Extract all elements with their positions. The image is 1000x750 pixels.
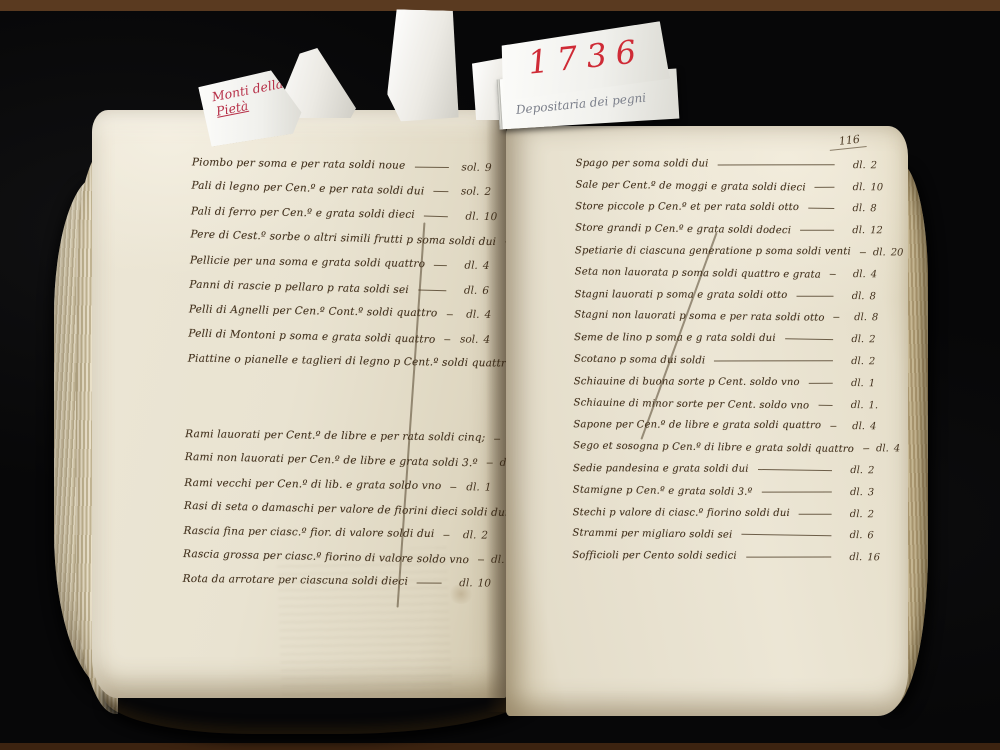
page-stain <box>448 584 474 604</box>
ink-rule <box>418 289 446 291</box>
currency-unit: dl. <box>454 259 478 272</box>
entry-text: Spetiarie di ciascuna generatione p soma… <box>575 245 851 257</box>
ledger-line: Sofficioli per Cento soldi sedici dl. 16 <box>572 539 884 564</box>
ledger-block-p-items: Piombo per soma e per rata soldi noue so… <box>188 143 503 371</box>
photo-stage: Piombo per soma e per rata soldi noue so… <box>0 0 1000 750</box>
amount-value: 1. <box>864 400 886 411</box>
amount-value: 8 <box>867 313 886 324</box>
currency-unit: dl. <box>840 334 864 345</box>
amount-value: 8 <box>864 291 886 302</box>
amount-value: 2 <box>866 160 888 171</box>
currency-unit: dl. <box>843 421 865 432</box>
ledger-line: Schiauine di minor sorte per Cent. soldo… <box>574 386 886 411</box>
right-page: 116 Spago per soma soldi dui dl. 2 Sale … <box>506 126 908 716</box>
ledger-line: Store grandi p Cen.º e grata soldi dodec… <box>575 212 887 237</box>
ink-rule <box>834 317 840 318</box>
ink-rule <box>746 557 831 558</box>
ink-rule <box>478 560 484 561</box>
currency-unit: dl. <box>839 487 863 498</box>
ink-rule <box>863 448 869 449</box>
currency-unit: dl. <box>453 284 477 296</box>
currency-unit: dl. <box>840 356 864 367</box>
ink-rule <box>444 339 450 340</box>
entry-text: Rami vecchi per Cen.º di lib. e grata so… <box>184 477 441 492</box>
currency-unit: dl. <box>839 465 863 476</box>
ledger-line: Stagni non lauorati p soma e per rata so… <box>574 299 886 324</box>
amount-value: 1 <box>864 378 886 389</box>
ink-rule <box>785 338 833 340</box>
ledger-line: Sedie pandesina e grata soldi dui dl. 2 <box>573 452 885 477</box>
currency-unit: dl. <box>847 312 867 323</box>
amount-value: 2 <box>864 356 886 367</box>
ledger-line: Piattine o pianelle e taglieri di legno … <box>188 339 498 370</box>
ledger-line: Sapone per Cen.º de libre e grata soldi … <box>573 408 885 433</box>
currency-unit: dl. <box>838 530 862 541</box>
ink-rule <box>818 404 832 405</box>
currency-unit: dl. <box>842 160 866 171</box>
ledger-line: Seme de lino p soma e g rata soldi dui d… <box>574 321 886 346</box>
amount-value: 6 <box>862 531 884 542</box>
entry-text: Spago per soma soldi dui <box>576 158 709 169</box>
amount-value: 2 <box>863 509 885 520</box>
currency-unit: sol. <box>457 333 478 345</box>
amount-value: 16 <box>862 552 884 563</box>
currency-unit: sol. <box>455 185 479 197</box>
ink-rule <box>414 166 448 167</box>
ink-rule <box>830 274 836 275</box>
amount-value: 3 <box>863 487 885 498</box>
ink-rule <box>758 469 832 471</box>
ink-rule <box>424 215 448 217</box>
amount-value: 12 <box>865 225 887 236</box>
entry-text: Store piccole p Cen.º et per rata soldi … <box>575 202 799 214</box>
currency-unit: dl. <box>841 182 865 193</box>
ink-rule <box>860 252 866 253</box>
entry-text: Sapone per Cen.º de libre e grata soldi … <box>573 420 821 432</box>
currency-unit: dl. <box>455 210 479 222</box>
entry-text: Sedie pandesina e grata soldi dui <box>573 463 749 475</box>
amount-value: 10 <box>865 182 887 193</box>
currency-unit: dl. <box>876 443 889 454</box>
ink-rule <box>797 295 834 296</box>
currency-unit: dl. <box>841 203 865 214</box>
ledger-line: Sego et sosogna p Cen.º di libre e grata… <box>573 430 885 455</box>
ink-rule <box>800 230 834 231</box>
ledger-line: Sale per Cent.º de moggi e grata soldi d… <box>575 168 887 193</box>
currency-unit: dl. <box>840 291 864 302</box>
entry-text: Schiauine di buona sorte p Cent. soldo v… <box>574 376 800 388</box>
ink-rule <box>450 486 456 487</box>
amount-value: 2 <box>863 465 885 476</box>
ledger-line: Scotano p soma dui soldi dl. 2 <box>574 343 886 368</box>
entry-text: Sofficioli per Cento soldi sedici <box>572 550 737 562</box>
ledger-line: Stechi p valore di ciasc.º fiorino soldi… <box>573 495 885 520</box>
currency-unit: dl. <box>840 400 864 411</box>
ledger-line: Spago per soma soldi dui dl. 2 <box>576 147 888 172</box>
ink-rule <box>761 491 831 492</box>
currency-unit: dl. <box>840 378 864 389</box>
currency-unit: dl. <box>839 509 863 520</box>
currency-unit: dl. <box>459 309 479 321</box>
ink-rule <box>808 208 834 209</box>
ink-rule <box>799 513 832 514</box>
ink-rule <box>446 314 452 315</box>
ink-rule <box>434 265 447 266</box>
ink-rule <box>443 535 449 536</box>
currency-unit: dl. <box>838 552 862 563</box>
ledger-line: Stamigne p Cen.º e grata soldi 3.º dl. 3 <box>573 474 885 499</box>
ledger-line: Stagni lauorati p soma e grata soldi ott… <box>574 277 886 302</box>
entry-text: Stechi p valore di ciasc.º fiorino soldi… <box>573 507 790 519</box>
ledger-line: Schiauine di buona sorte p Cent. soldo v… <box>574 365 886 390</box>
ledger-line: Rami lauorati per Cent.º de libre e per … <box>185 415 497 445</box>
amount-value: 8 <box>865 204 887 215</box>
amount-value: 20 <box>886 247 904 258</box>
ink-rule <box>714 360 833 361</box>
ink-rule <box>815 186 835 187</box>
ink-rule <box>433 191 448 192</box>
amount-value: 4 <box>865 422 885 433</box>
amount-value: 2 <box>864 334 886 345</box>
ink-rule <box>809 383 833 384</box>
ink-rule <box>741 534 831 536</box>
currency-unit: dl. <box>463 481 480 493</box>
bookmark-tab <box>387 9 462 123</box>
currency-unit: dl. <box>843 269 866 280</box>
ink-rule <box>830 426 836 427</box>
ledger-line: Store piccole p Cen.º et per rata soldi … <box>575 190 887 215</box>
ledger-block-s-items: Spago per soma soldi dui dl. 2 Sale per … <box>572 147 888 564</box>
currency-unit: dl. <box>841 225 865 236</box>
amount-value: 4 <box>889 444 900 455</box>
currency-unit: dl. <box>873 247 886 258</box>
entry-text: Piattine o pianelle e taglieri di legno … <box>188 353 506 370</box>
amount-value: 4 <box>866 269 887 280</box>
left-page: Piombo per soma e per rata soldi noue so… <box>92 110 506 698</box>
entry-text: Stagni lauorati p soma e grata soldi ott… <box>575 289 788 301</box>
ledger-line: Seta non lauorata p soma soldi quattro e… <box>575 256 887 281</box>
entry-text: Stamigne p Cen.º e grata soldi 3.º <box>573 484 753 497</box>
entry-text: Scotano p soma dui soldi <box>574 354 706 367</box>
ledger-line: Strammi per migliaro soldi sei dl. 6 <box>572 517 884 542</box>
ledger-line: Spetiarie di ciascuna generatione p soma… <box>575 234 887 259</box>
ink-showthrough <box>277 547 454 698</box>
currency-unit: dl. <box>456 529 476 541</box>
ink-rule <box>718 164 835 165</box>
currency-unit: sol. <box>456 161 480 174</box>
